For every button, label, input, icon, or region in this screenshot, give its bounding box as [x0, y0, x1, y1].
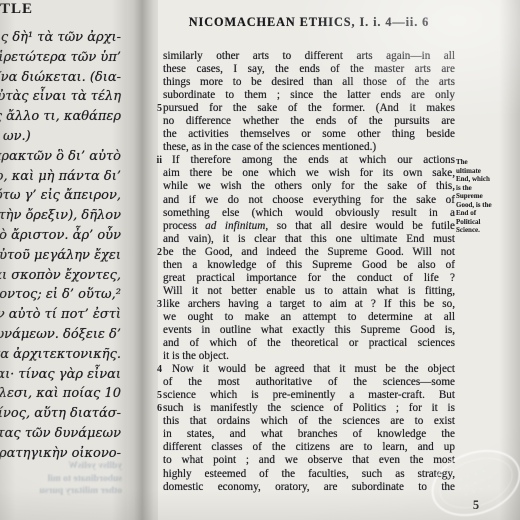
line-text: this that ordains which of the sciences …: [163, 415, 455, 428]
margin-note-line: End of: [456, 209, 518, 218]
line-text: such is manifestly the science of Politi…: [163, 402, 455, 415]
text-line: in states, and what branches of knowledg…: [158, 428, 455, 441]
text-line: to what point ; and we observe that even…: [158, 454, 455, 467]
text-line: and vain), it is clear that this one ult…: [158, 233, 455, 246]
text-line: while we wish the others only for the sa…: [158, 180, 455, 193]
greek-line: ων.): [3, 129, 31, 145]
greek-line: άτας τῶν δυνάμεων: [0, 426, 121, 442]
text-line: of the most authoritative of the science…: [158, 376, 455, 389]
greek-line: ται· τίνας γὰρ εἶναι: [0, 367, 121, 383]
line-number: 2: [149, 246, 162, 259]
line-number: 5: [149, 389, 162, 402]
greek-line: πρακτῶν ὃ δι’ αὐτὸ: [0, 149, 121, 165]
line-text: aim there be one which we wish for its o…: [163, 167, 455, 180]
line-text: and vain), it is clear that this one ult…: [163, 233, 455, 246]
greek-line: τὸ ἄριστον. ἆρ’ οὖν: [0, 228, 121, 244]
greek-line: κεῖνα διώκεται. (δια-: [0, 70, 121, 86]
greek-line: ν τὴν ὄρεξιν), δῆλον: [0, 208, 121, 224]
text-line: process ad infinitum, so that all desire…: [158, 220, 455, 233]
book-photo: TLE αις δὴ¹ τὰ τῶν ἀρχι-ν αἱρετώτερα τῶν…: [0, 0, 520, 520]
line-number: ii: [149, 154, 162, 167]
greek-line: αὐτὰς εἶναι τὰ τέλη: [0, 89, 121, 105]
line-text: things more to be desired than all those…: [163, 76, 455, 89]
greek-line: τίνος, αὕτη διατάσ-: [0, 406, 121, 422]
text-line: similarly other arts to different arts a…: [158, 50, 455, 63]
margin-note-line: End, which: [456, 175, 518, 184]
margin-note-line: Supreme: [456, 192, 518, 201]
body-text: similarly other arts to different arts a…: [158, 50, 455, 494]
text-line: different classes of the citizens are to…: [158, 441, 455, 454]
bleedthrough-line: ydllsv yelisW: [0, 460, 122, 473]
page-number: 5: [466, 498, 486, 513]
line-text: no difference whether the ends of the pu…: [163, 115, 455, 128]
margin-note-line: Science.: [456, 226, 518, 235]
text-line: 2be the Good, and indeed the Supreme Goo…: [158, 246, 455, 259]
line-text: the activities themselves or some other …: [163, 128, 455, 141]
line-number: 4: [149, 363, 162, 376]
line-text: If therefore among the ends at which our…: [163, 154, 455, 167]
line-text: different classes of the citizens are to…: [163, 441, 455, 454]
text-line: iiIf therefore among the ends at which o…: [158, 154, 455, 167]
line-text: in states, and what branches of knowledg…: [163, 428, 455, 441]
line-text: Now it would be agreed that it must be t…: [163, 363, 455, 376]
line-text: be the Good, and indeed the Supreme Good…: [163, 246, 455, 259]
line-text: of the most authoritative of the science…: [163, 376, 455, 389]
text-line: 5science which is pre-eminently a master…: [158, 389, 455, 402]
greek-line: ο οὕτω γ’ εἰς ἄπειρον,: [0, 188, 121, 204]
text-line: these, as in the case of the sciences me…: [158, 141, 455, 154]
text-line: 3like archers having a target to aim at …: [158, 298, 455, 311]
text-line: these cases, I say, the ends of the mast…: [158, 63, 455, 76]
page-header: NICOMACHEAN ETHICS, I. i. 4—ii. 6: [163, 15, 455, 30]
margin-note-line: ultimate: [456, 167, 518, 176]
margin-note-line: Good, is the: [456, 201, 518, 210]
line-number: 6: [149, 402, 162, 415]
line-text: pursued for the sake of the former. (And…: [163, 102, 455, 115]
line-text: highly esteemed of the faculties, such a…: [163, 468, 455, 481]
greek-line: αι σκοπὸν ἔχοντες,: [0, 268, 121, 284]
right-page: NICOMACHEAN ETHICS, I. i. 4—ii. 6 simila…: [158, 0, 520, 520]
text-line: then a knowledge of this Supreme Good be…: [158, 259, 455, 272]
line-text: something else (which would obviously re…: [163, 207, 455, 220]
text-line: domestic economy, oratory, are subordina…: [158, 481, 455, 494]
text-line: something else (which would obviously re…: [158, 207, 455, 220]
text-line: great practical importance for the condu…: [158, 272, 455, 285]
line-text: and of which of the theoretical or pract…: [163, 337, 455, 350]
text-line: no difference whether the ends of the pu…: [158, 115, 455, 128]
line-text: events in outline what exactly this Supr…: [163, 324, 455, 337]
margin-note-line: The: [456, 158, 518, 167]
margin-note-line: Political: [456, 218, 518, 227]
line-text: Will it not better enable us to attain w…: [163, 285, 455, 298]
line-number: 5: [149, 102, 162, 115]
text-line: highly esteemed of the faculties, such a…: [158, 468, 455, 481]
greek-line: δυνάμεων. δόξειε δ’: [0, 327, 121, 343]
text-line: 5pursued for the sake of the former. (An…: [158, 102, 455, 115]
bleedthrough-line: other military pursu: [0, 485, 122, 498]
line-text: to what point ; and we observe that even…: [163, 454, 455, 467]
line-text: similarly other arts to different arts a…: [163, 50, 455, 63]
line-text: these cases, I say, the ends of the mast…: [163, 63, 455, 76]
line-text: these, as in the case of the sciences me…: [163, 141, 455, 154]
left-page: TLE αις δὴ¹ τὰ τῶν ἀρχι-ν αἱρετώτερα τῶν…: [0, 0, 127, 520]
text-line: and of which of the theoretical or pract…: [158, 337, 455, 350]
text-line: aim there be one which we wish for its o…: [158, 167, 455, 180]
text-line: 6such is manifestly the science of Polit…: [158, 402, 455, 415]
greek-line: το, καὶ μὴ πάντα δι’: [0, 169, 121, 185]
text-line: the activities themselves or some other …: [158, 128, 455, 141]
greek-line: ας ἄλλο τι, καθάπερ: [0, 109, 121, 125]
line-text: and if we do not choose everything for t…: [163, 194, 455, 207]
line-text: then a knowledge of this Supreme Good be…: [163, 259, 455, 272]
text-line: it is the object.: [158, 350, 455, 363]
text-line: 4Now it would be agreed that it must be …: [158, 363, 455, 376]
text-line: this that ordains which of the sciences …: [158, 415, 455, 428]
margin-note: TheultimateEnd, whichis theSupremeGood, …: [456, 158, 518, 235]
margin-note-line: is the: [456, 184, 518, 193]
line-text: it is the object.: [163, 350, 455, 363]
greek-line: ν αἱρετώτερα τῶν ὑπ’: [0, 50, 121, 66]
text-line: we ought to make an attempt to determine…: [158, 311, 455, 324]
line-text: science which is pre-eminently a master-…: [163, 389, 455, 402]
line-text: process ad infinitum, so that all desire…: [163, 220, 455, 233]
greek-line: ν αὐτὸ τί ποτ’ ἐστὶ: [0, 307, 121, 323]
line-number: 3: [149, 298, 162, 311]
greek-line: δέοντος; εἰ δ’ οὕτω,²: [0, 287, 121, 303]
bleedthrough-text: ydllsv yelisWsubordinate to milother mil…: [0, 460, 122, 498]
text-line: Will it not better enable us to attain w…: [158, 285, 455, 298]
bleedthrough-line: subordinate to mil: [0, 473, 122, 486]
line-text: subordinate to them ; since the latter e…: [163, 89, 455, 102]
greek-line: αις δὴ¹ τὰ τῶν ἀρχι-: [0, 30, 121, 46]
line-text: great practical importance for the condu…: [163, 272, 455, 285]
greek-line: αὐτοῦ μεγάλην ἔχει: [0, 248, 121, 264]
text-line: events in outline what exactly this Supr…: [158, 324, 455, 337]
line-text: while we wish the others only for the sa…: [163, 180, 455, 193]
greek-line: στα ἀρχιτεκτονικῆς.: [0, 347, 121, 363]
greek-text: αις δὴ¹ τὰ τῶν ἀρχι-ν αἱρετώτερα τῶν ὑπ’…: [0, 0, 127, 520]
line-text: domestic economy, oratory, are subordina…: [163, 481, 455, 494]
text-line: and if we do not choose everything for t…: [158, 194, 455, 207]
text-line: things more to be desired than all those…: [158, 76, 455, 89]
line-text: like archers having a target to aim at ?…: [163, 298, 455, 311]
page-gutter: [112, 0, 164, 520]
greek-line: ς πόλεσι, καὶ ποίας 10: [0, 386, 121, 402]
text-line: subordinate to them ; since the latter e…: [158, 89, 455, 102]
line-text: we ought to make an attempt to determine…: [163, 311, 455, 324]
